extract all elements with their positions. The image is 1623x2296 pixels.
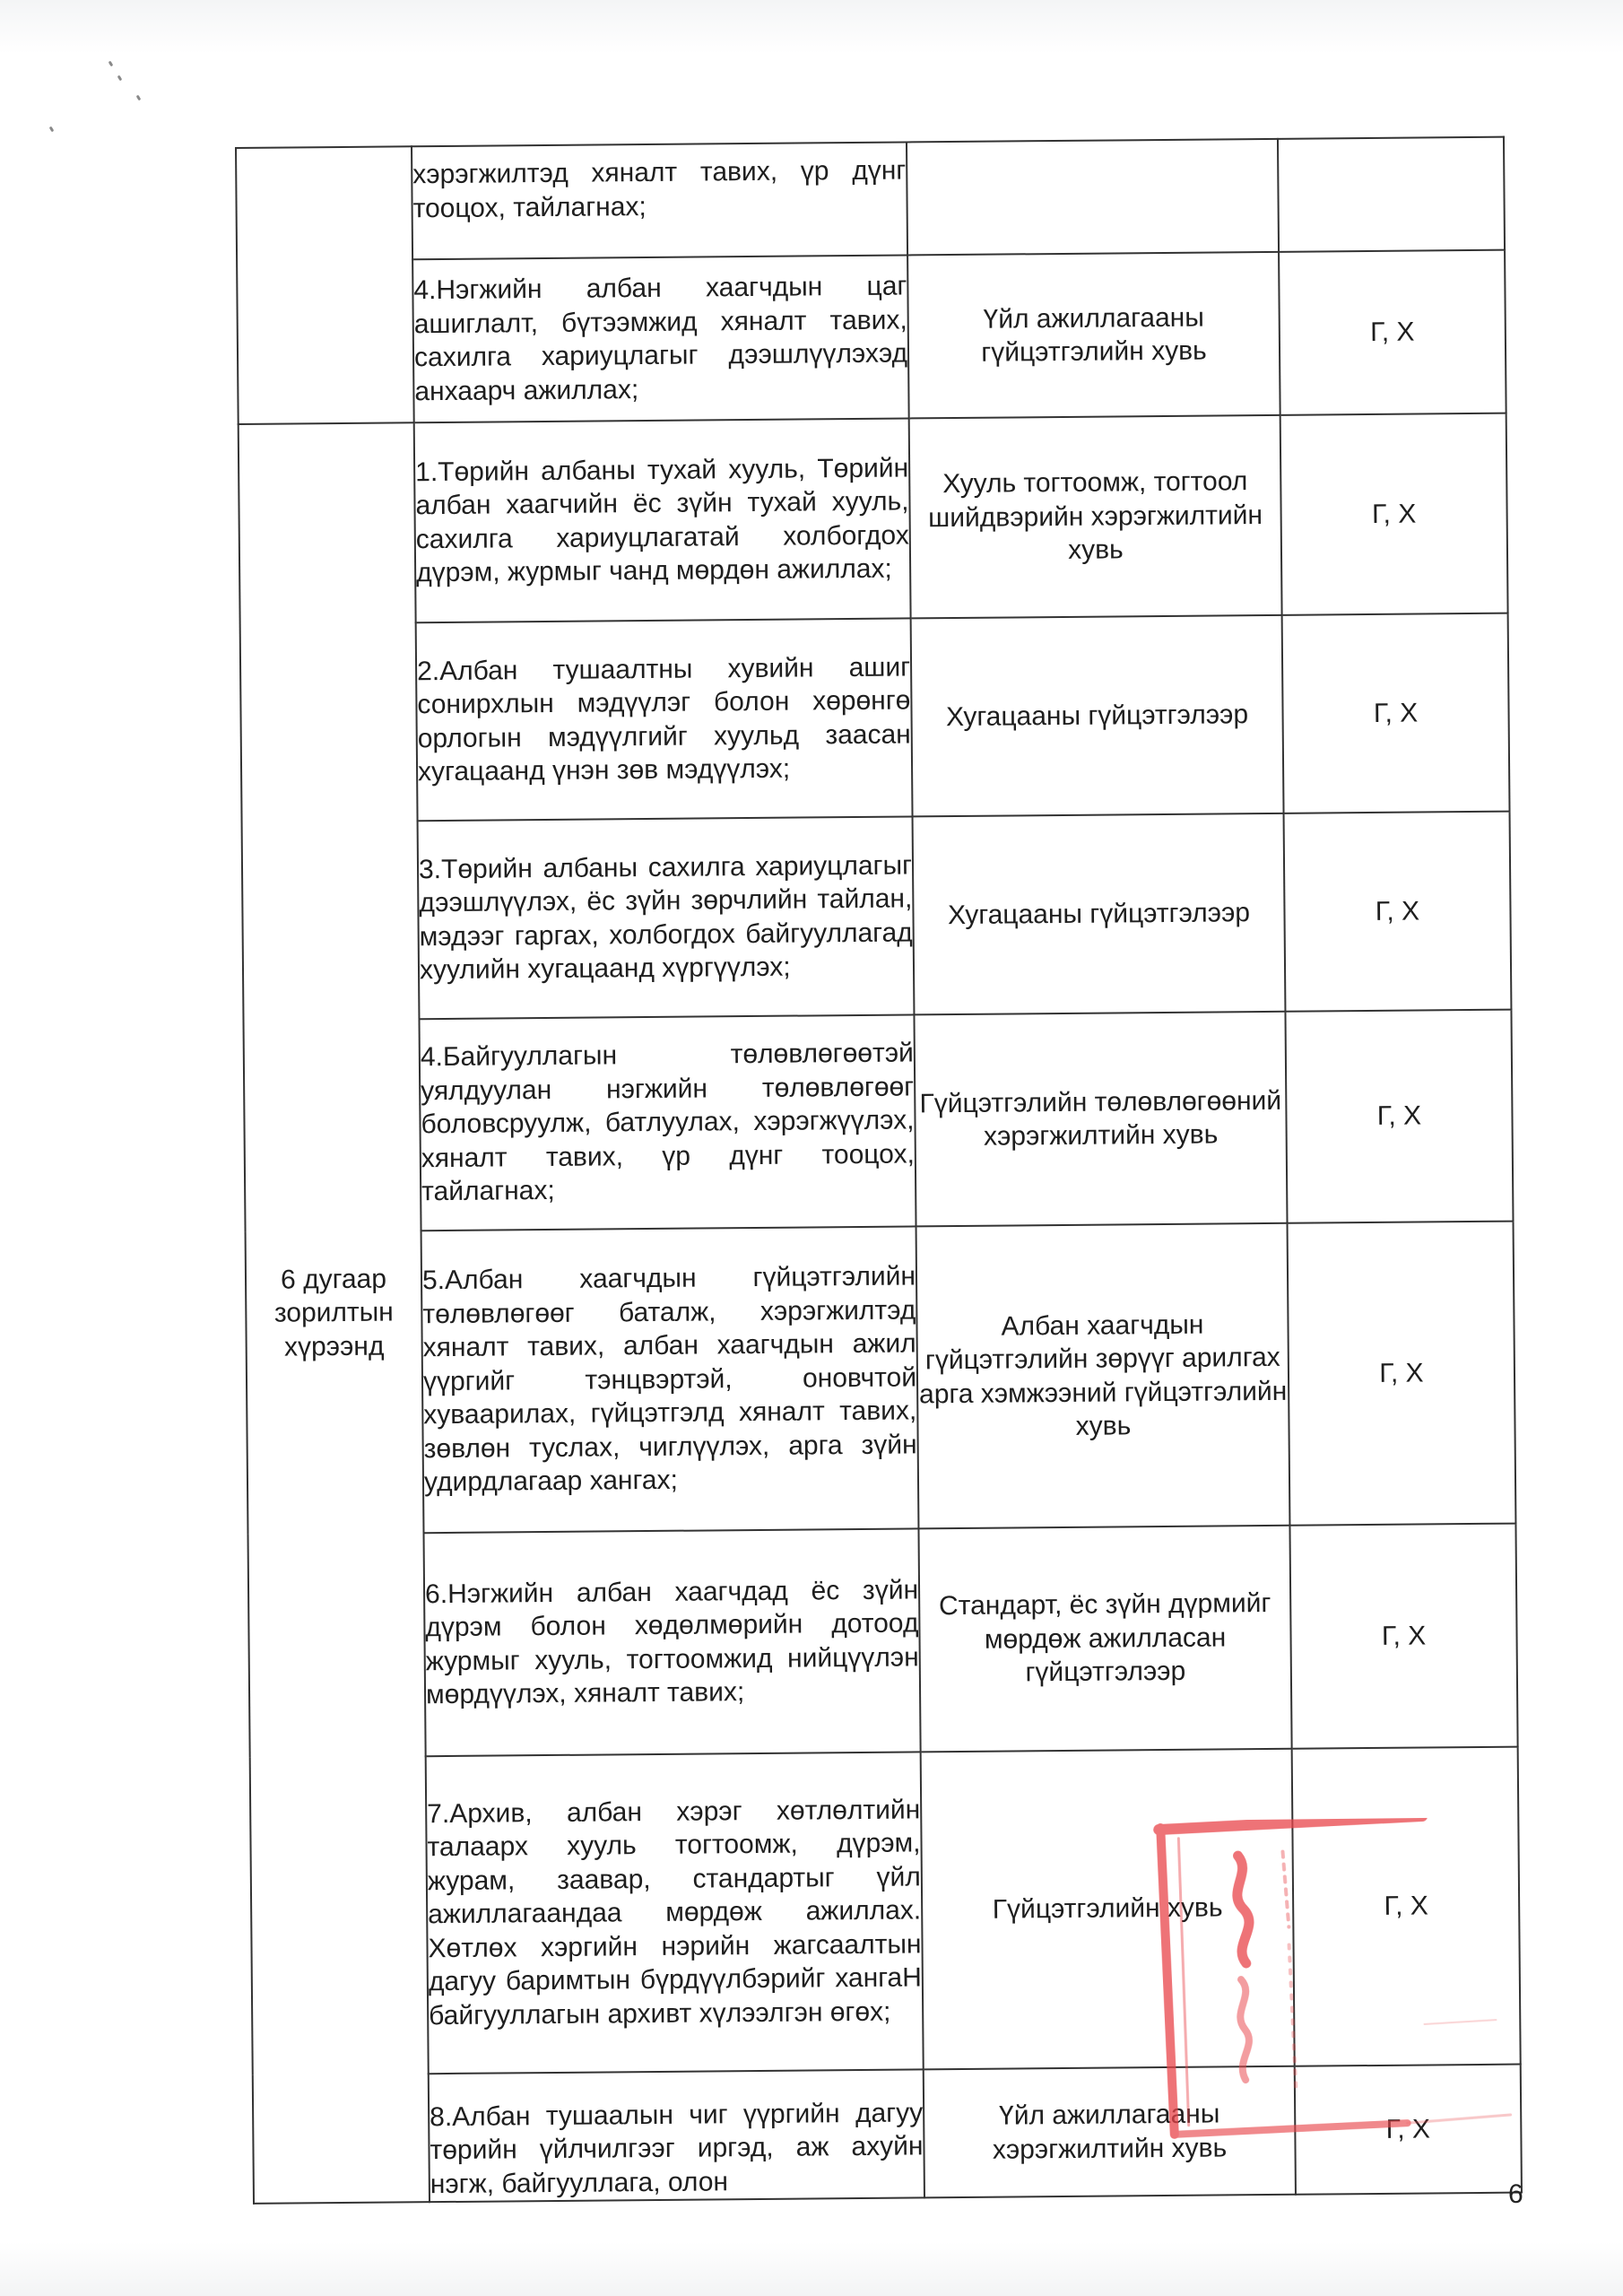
table-row: 4.Байгууллагын төлөвлөгөөтэй уялдуулан н… xyxy=(243,1010,1513,1232)
evaluator-cell xyxy=(1278,137,1505,252)
measure-cell: Хугацааны гүйцэтгэлээр xyxy=(913,813,1286,1015)
evaluator-cell: Г, Х xyxy=(1288,1222,1516,1526)
evaluator-cell: Г, Х xyxy=(1279,250,1506,415)
table-row: 8.Албан тушаалын чиг үүргийн дагуу төрий… xyxy=(253,2065,1522,2204)
task-cell: 7.Архив, албан хэрэг хөтлөлтийн талаарх … xyxy=(426,1752,924,2074)
task-cell: 6.Нэгжийн албан хаагчдад ёс зүйн дүрэм б… xyxy=(423,1528,920,1756)
task-cell: хэрэгжилтэд хяналт тавих, үр дүнг тооцох… xyxy=(412,142,907,259)
task-cell: 4.Байгууллагын төлөвлөгөөтэй уялдуулан н… xyxy=(419,1014,916,1231)
document-sheet: хэрэгжилтэд хяналт тавих, үр дүнг тооцох… xyxy=(235,136,1521,2205)
evaluator-cell: Г, Х xyxy=(1280,413,1508,615)
goal-label: 6 дугаар зорилтын хүрээнд xyxy=(247,1262,421,1364)
table-row: 2.Албан тушаалтны хувийн ашиг сонирхлын … xyxy=(240,613,1510,822)
measure-cell: Гүйцэтгэлийн хувь xyxy=(921,1749,1295,2070)
table-row: 6.Нэгжийн албан хаагчдад ёс зүйн дүрэм б… xyxy=(247,1524,1517,1758)
measure-cell: Үйл ажиллагааны хэрэгжилтийн хувь xyxy=(924,2066,1296,2198)
task-cell: 8.Албан тушаалын чиг үүргийн дагуу төрий… xyxy=(429,2069,924,2202)
evaluator-cell: Г, Х xyxy=(1292,1747,1521,2066)
table-row: 3.Төрийн албаны сахилга хариуцлагыг дээш… xyxy=(242,812,1512,1021)
measure-cell: Хууль тогтоомж, тогтоол шийдвэрийн хэрэг… xyxy=(909,415,1282,619)
task-cell: 4.Нэгжийн албан хаагчдын цаг ашиглалт, б… xyxy=(412,255,909,422)
evaluator-cell: Г, Х xyxy=(1285,1010,1513,1223)
goal-label xyxy=(238,284,412,286)
performance-plan-table: хэрэгжилтэд хяналт тавих, үр дүнг тооцох… xyxy=(235,136,1523,2205)
evaluator-cell: Г, Х xyxy=(1295,2065,1522,2195)
task-cell: 5.Албан хаагчдын гүйцэтгэлийн төлөвлөгөө… xyxy=(421,1226,919,1533)
table-row: 5.Албан хаагчдын гүйцэтгэлийн төлөвлөгөө… xyxy=(246,1222,1516,1535)
measure-cell: Хугацааны гүйцэтгэлээр xyxy=(911,615,1284,817)
goal-cell xyxy=(236,146,414,424)
measure-cell: Үйл ажиллагааны гүйцэтгэлийн хувь xyxy=(907,252,1280,419)
table-row: хэрэгжилтэд хяналт тавих, үр дүнг тооцох… xyxy=(236,137,1505,261)
measure-cell: Стандарт, ёс зүйн дүрмийг мөрдөж ажиллас… xyxy=(918,1526,1291,1752)
task-cell: 2.Албан тушаалтны хувийн ашиг сонирхлын … xyxy=(416,618,913,821)
evaluator-cell: Г, Х xyxy=(1289,1524,1517,1749)
task-cell: 3.Төрийн албаны сахилга хариуцлагыг дээш… xyxy=(418,816,915,1019)
evaluator-cell: Г, Х xyxy=(1284,812,1512,1012)
measure-cell: Гүйцэтгэлийн төлөвлөгөөний хэрэгжилтийн … xyxy=(914,1012,1287,1227)
table-row: 6 дугаар зорилтын хүрээнд 1.Төрийн албан… xyxy=(239,413,1508,624)
page-number: 6 xyxy=(1508,2179,1523,2210)
goal-cell: 6 дугаар зорилтын хүрээнд xyxy=(239,422,430,2204)
task-cell: 1.Төрийн албаны тухай хууль, Төрийн алба… xyxy=(414,418,911,622)
table-row: 4.Нэгжийн албан хаагчдын цаг ашиглалт, б… xyxy=(237,250,1506,424)
measure-cell xyxy=(907,139,1279,256)
measure-cell: Албан хаагчдын гүйцэтгэлийн зөрүүг арилг… xyxy=(916,1223,1290,1529)
evaluator-cell: Г, Х xyxy=(1282,613,1510,813)
table-row: 7.Архив, албан хэрэг хөтлөлтийн талаарх … xyxy=(250,1747,1521,2075)
